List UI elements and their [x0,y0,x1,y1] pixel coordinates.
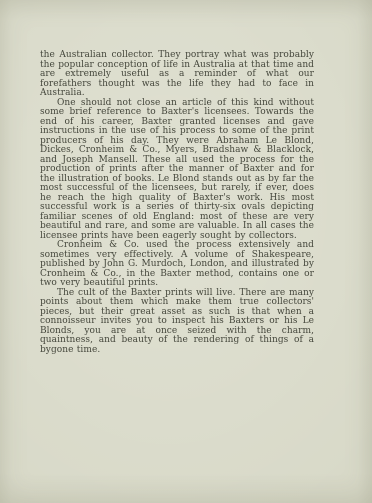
book-page: the Australian collector. They portray w… [0,0,372,503]
paragraph-australian-collector: the Australian collector. They portray w… [40,51,314,99]
paragraph-cronheim-shakespeare: Cronheim & Co. used the process extensiv… [40,241,314,289]
paragraph-baxter-licensees: One should not close an article of this … [40,99,314,242]
page-text-block: the Australian collector. They portray w… [40,51,314,355]
paragraph-cult-of-baxter-prints: The cult of the Baxter prints will live.… [40,289,314,356]
